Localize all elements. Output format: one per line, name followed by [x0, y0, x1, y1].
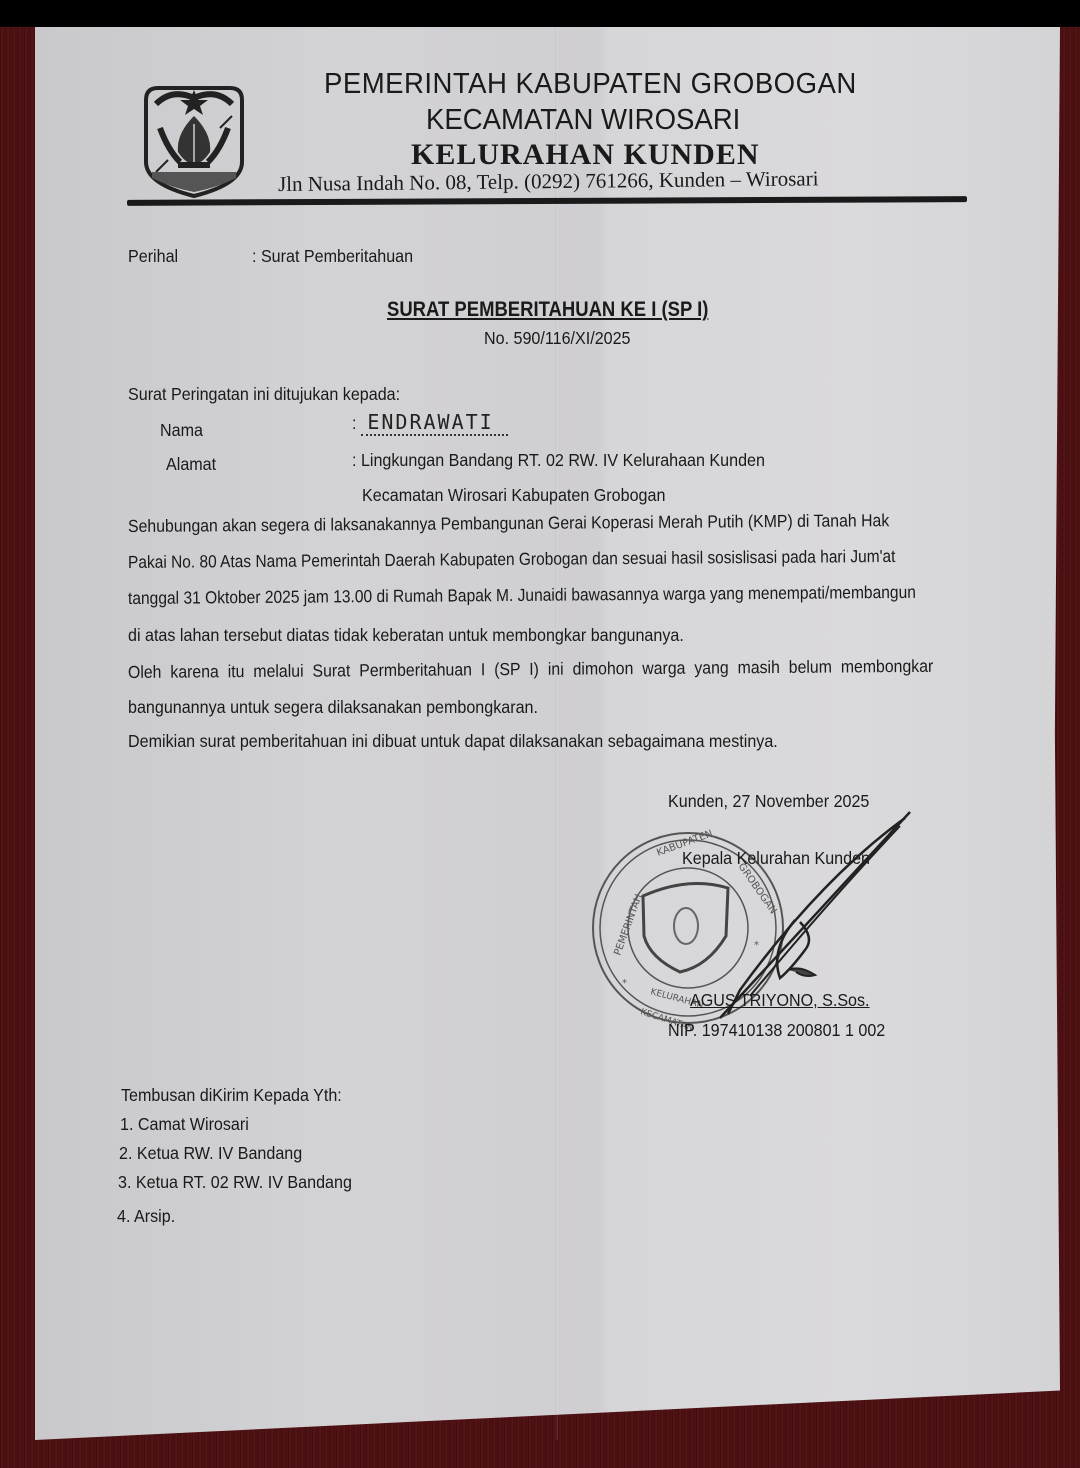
perihal-value: : Surat Pemberitahuan: [252, 246, 413, 267]
name-field: : ENDRAWATI: [352, 410, 508, 436]
addressee-intro: Surat Peringatan ini ditujukan kepada:: [128, 384, 400, 405]
address-line-2: Kecamatan Wirosari Kabupaten Grobogan: [362, 485, 665, 506]
signatory-nip: NIP. 197410138 200801 1 002: [668, 1020, 885, 1041]
address-line-1: : Lingkungan Bandang RT. 02 RW. IV Kelur…: [352, 450, 765, 471]
cc-item: 3. Ketua RT. 02 RW. IV Bandang: [118, 1172, 352, 1193]
perihal-label: Perihal: [128, 246, 178, 267]
recipient-name: ENDRAWATI: [361, 410, 507, 436]
top-black-bar: [0, 0, 1080, 27]
regency-coat-of-arms-icon: [140, 80, 248, 198]
body-line: bangunannya untuk segera dilaksanakan pe…: [128, 697, 538, 718]
letter-number: No. 590/116/XI/2025: [484, 328, 631, 349]
letter-title: SURAT PEMBERITAHUAN KE I (SP I): [387, 298, 708, 322]
cc-item: 4. Arsip.: [117, 1206, 175, 1227]
cc-heading: Tembusan diKirim Kepada Yth:: [121, 1085, 342, 1106]
body-line: Demikian surat pemberitahuan ini dibuat …: [128, 731, 778, 752]
letterhead-regency: PEMERINTAH KABUPATEN GROBOGAN: [324, 68, 857, 101]
address-label: Alamat: [166, 454, 216, 475]
body-line: di atas lahan tersebut diatas tidak kebe…: [128, 625, 684, 646]
handwritten-signature-icon: [600, 800, 920, 1020]
name-colon: :: [352, 413, 356, 434]
name-label: Nama: [160, 420, 203, 441]
signatory-name: AGUS TRIYONO, S.Sos.: [690, 990, 870, 1011]
letterhead-district: KECAMATAN WIROSARI: [426, 104, 740, 137]
cc-item: 1. Camat Wirosari: [120, 1114, 249, 1135]
cc-item: 2. Ketua RW. IV Bandang: [119, 1143, 302, 1164]
